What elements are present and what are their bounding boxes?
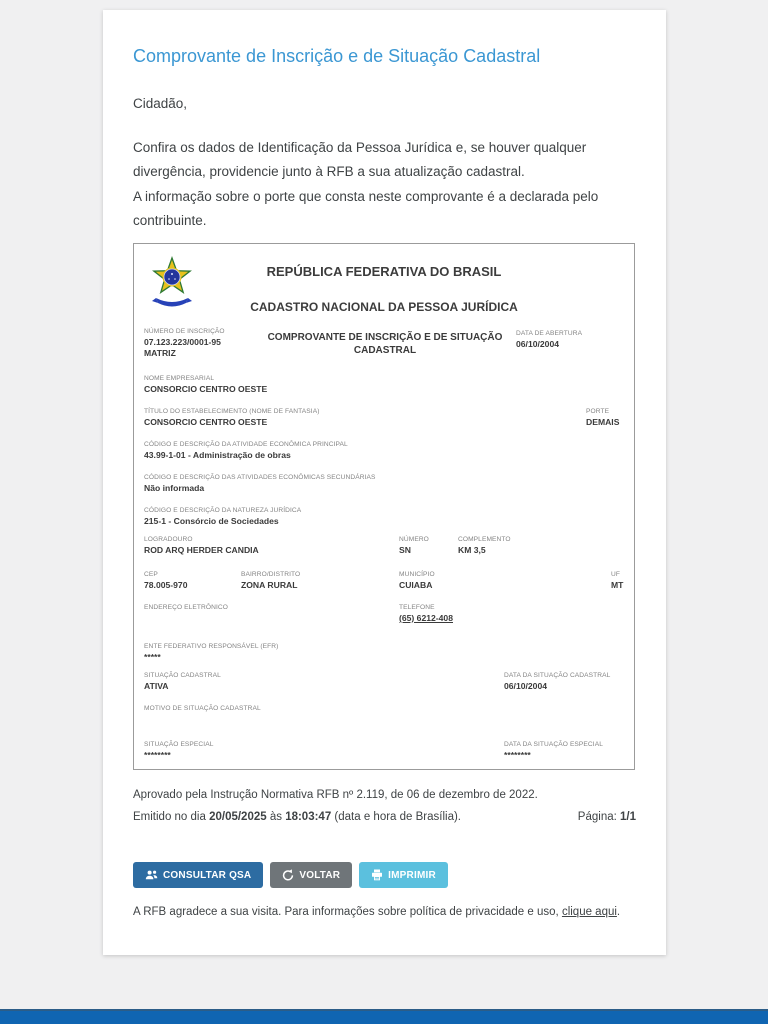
users-icon [145,869,158,881]
document-title: COMPROVANTE DE INSCRIÇÃO E DE SITUAÇÃO C… [244,331,526,357]
field-logradouro: LOGRADOURO ROD ARQ HERDER CANDIA [144,536,259,555]
porte-paragraph: A informação sobre o porte que consta ne… [133,185,638,233]
field-data-abertura: DATA DE ABERTURA 06/10/2004 [516,330,582,349]
field-data-situacao-especial: DATA DA SITUAÇÃO ESPECIAL ******** [504,741,603,760]
intro-paragraph: Confira os dados de Identificação da Pes… [133,136,638,184]
field-natureza-juridica: CÓDIGO E DESCRIÇÃO DA NATUREZA JURÍDICA … [144,507,301,526]
field-uf: UF MT [611,571,623,590]
field-numero: NÚMERO SN [399,536,429,555]
action-buttons: CONSULTAR QSA VOLTAR IMPRIM [133,862,448,888]
field-atividade-principal: CÓDIGO E DESCRIÇÃO DA ATIVIDADE ECONÔMIC… [144,441,348,460]
imprimir-button[interactable]: IMPRIMIR [359,862,448,888]
page-indicator: Página: 1/1 [578,811,636,823]
page-title: Comprovante de Inscrição e de Situação C… [133,46,540,67]
thanks-note: A RFB agradece a sua visita. Para inform… [133,906,620,918]
field-motivo-situacao: MOTIVO DE SITUAÇÃO CADASTRAL [144,705,261,714]
content-card: Comprovante de Inscrição e de Situação C… [103,10,666,955]
registry-heading: CADASTRO NACIONAL DA PESSOA JURÍDICA [134,300,634,314]
field-atividades-secundarias: CÓDIGO E DESCRIÇÃO DAS ATIVIDADES ECONÔM… [144,474,376,493]
field-endereco-eletronico: ENDEREÇO ELETRÔNICO [144,604,228,613]
field-efr: ENTE FEDERATIVO RESPONSÁVEL (EFR) ***** [144,643,278,662]
undo-icon [282,869,294,881]
field-situacao-cadastral: SITUAÇÃO CADASTRAL ATIVA [144,672,221,691]
field-nome-empresarial: NOME EMPRESARIAL CONSORCIO CENTRO OESTE [144,375,267,394]
consultar-qsa-button[interactable]: CONSULTAR QSA [133,862,263,888]
greeting-text: Cidadão, [133,96,187,111]
field-telefone: TELEFONE (65) 6212-408 [399,604,453,623]
field-porte: PORTE DEMAIS [586,408,619,427]
emitted-note: Emitido no dia 20/05/2025 às 18:03:47 (d… [133,811,461,823]
emitted-date: 20/05/2025 [209,811,267,823]
field-data-situacao-cadastral: DATA DA SITUAÇÃO CADASTRAL 06/10/2004 [504,672,610,691]
telefone-link[interactable]: (65) 6212-408 [399,613,453,623]
field-situacao-especial: SITUAÇÃO ESPECIAL ******** [144,741,214,760]
voltar-button[interactable]: VOLTAR [270,862,352,888]
bottom-blue-bar [0,1009,768,1024]
field-cep: CEP 78.005-970 [144,571,188,590]
privacy-link[interactable]: clique aqui [562,906,617,918]
field-numero-inscricao: NÚMERO DE INSCRIÇÃO 07.123.223/0001-95 M… [144,328,225,358]
field-titulo-estabelecimento: TÍTULO DO ESTABELECIMENTO (NOME DE FANTA… [144,408,320,427]
cnpj-certificate: REPÚBLICA FEDERATIVA DO BRASIL CADASTRO … [133,243,635,770]
printer-icon [371,869,383,881]
field-complemento: COMPLEMENTO KM 3,5 [458,536,511,555]
emitted-time: 18:03:47 [285,811,331,823]
field-bairro: BAIRRO/DISTRITO ZONA RURAL [241,571,300,590]
field-municipio: MUNICÍPIO CUIABA [399,571,435,590]
approved-note: Aprovado pela Instrução Normativa RFB nº… [133,789,538,801]
republic-heading: REPÚBLICA FEDERATIVA DO BRASIL [134,264,634,279]
